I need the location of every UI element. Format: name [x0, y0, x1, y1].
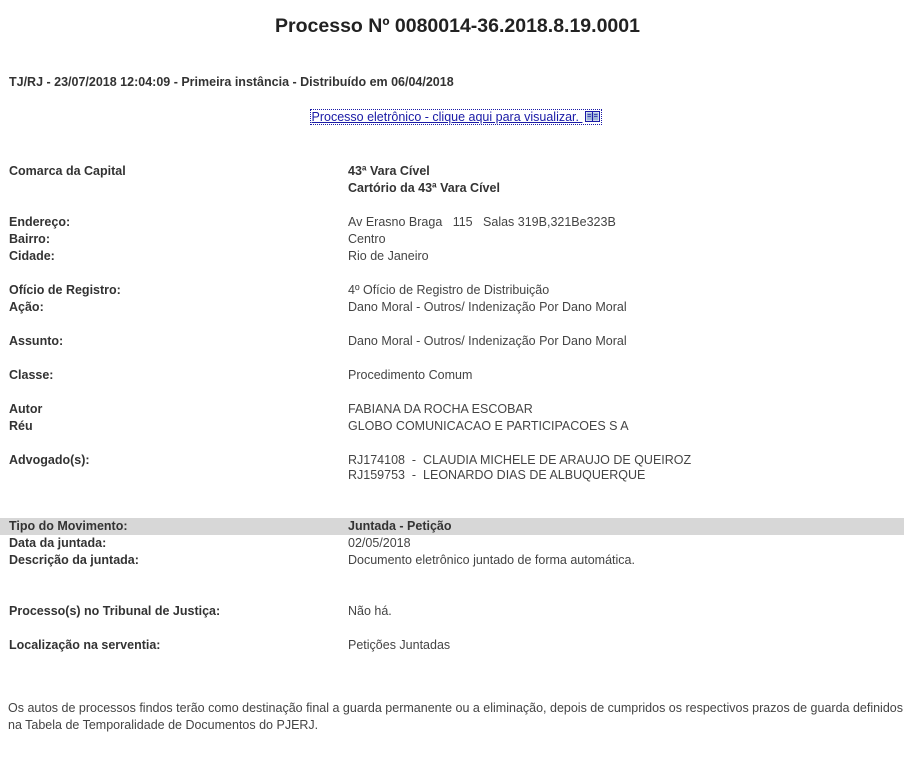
endereco-label: Endereço:	[9, 214, 70, 231]
electronic-process-link[interactable]: Processo eletrônico - clique aqui para v…	[310, 109, 603, 125]
tipo-movimento-row: Tipo do Movimento: Juntada - Petição	[0, 518, 904, 535]
electronic-process-link-text: Processo eletrônico - clique aqui para v…	[312, 110, 580, 124]
autor-label: Autor	[9, 401, 42, 418]
assunto-row: Assunto: Dano Moral - Outros/ Indenizaçã…	[0, 333, 904, 350]
advogados-row-2: RJ159753 - LEONARDO DIAS DE ALBUQUERQUE	[0, 467, 904, 484]
bairro-label: Bairro:	[9, 231, 50, 248]
localizacao-row: Localização na serventia: Petições Junta…	[0, 637, 904, 654]
oficio-row: Ofício de Registro: 4º Ofício de Registr…	[0, 282, 904, 299]
data-juntada-value: 02/05/2018	[348, 535, 411, 552]
reu-label: Réu	[9, 418, 33, 435]
localizacao-label: Localização na serventia:	[9, 637, 160, 654]
oficio-label: Ofício de Registro:	[9, 282, 121, 299]
classe-row: Classe: Procedimento Comum	[0, 367, 904, 384]
cidade-row: Cidade: Rio de Janeiro	[0, 248, 904, 265]
tribunal-label: Processo(s) no Tribunal de Justiça:	[9, 603, 220, 620]
data-juntada-label: Data da juntada:	[9, 535, 106, 552]
cartorio-row: Cartório da 43ª Vara Cível	[0, 180, 904, 197]
tribunal-row: Processo(s) no Tribunal de Justiça: Não …	[0, 603, 904, 620]
classe-label: Classe:	[9, 367, 53, 384]
acao-value: Dano Moral - Outros/ Indenização Por Dan…	[348, 299, 627, 316]
electronic-process-link-container: Processo eletrônico - clique aqui para v…	[0, 109, 912, 125]
cidade-label: Cidade:	[9, 248, 55, 265]
process-subtitle: TJ/RJ - 23/07/2018 12:04:09 - Primeira i…	[9, 75, 454, 89]
cidade-value: Rio de Janeiro	[348, 248, 429, 265]
oficio-value: 4º Ofício de Registro de Distribuição	[348, 282, 549, 299]
reu-value: GLOBO COMUNICACAO E PARTICIPACOES S A	[348, 418, 629, 435]
vara-value: 43ª Vara Cível	[348, 163, 430, 180]
tipo-movimento-value: Juntada - Petição	[348, 518, 452, 535]
retention-notice: Os autos de processos findos terão como …	[8, 700, 906, 734]
page-title: Processo Nº 0080014-36.2018.8.19.0001	[0, 15, 915, 38]
descricao-juntada-row: Descrição da juntada: Documento eletrôni…	[0, 552, 904, 569]
comarca-label: Comarca da Capital	[9, 163, 126, 180]
bairro-value: Centro	[348, 231, 386, 248]
endereco-value: Av Erasno Braga 115 Salas 319B,321Be323B	[348, 214, 616, 231]
tribunal-value: Não há.	[348, 603, 392, 620]
reu-row: Réu GLOBO COMUNICACAO E PARTICIPACOES S …	[0, 418, 904, 435]
descricao-juntada-label: Descrição da juntada:	[9, 552, 139, 569]
autor-value: FABIANA DA ROCHA ESCOBAR	[348, 401, 533, 418]
descricao-juntada-value: Documento eletrônico juntado de forma au…	[348, 552, 635, 569]
classe-value: Procedimento Comum	[348, 367, 472, 384]
open-book-icon	[585, 111, 600, 122]
comarca-row: Comarca da Capital 43ª Vara Cível	[0, 163, 904, 180]
data-juntada-row: Data da juntada: 02/05/2018	[0, 535, 904, 552]
acao-row: Ação: Dano Moral - Outros/ Indenização P…	[0, 299, 904, 316]
autor-row: Autor FABIANA DA ROCHA ESCOBAR	[0, 401, 904, 418]
advogado-value: RJ159753 - LEONARDO DIAS DE ALBUQUERQUE	[348, 467, 645, 484]
tipo-movimento-label: Tipo do Movimento:	[9, 518, 128, 535]
cartorio-value: Cartório da 43ª Vara Cível	[348, 180, 500, 197]
endereco-row: Endereço: Av Erasno Braga 115 Salas 319B…	[0, 214, 904, 231]
bairro-row: Bairro: Centro	[0, 231, 904, 248]
assunto-label: Assunto:	[9, 333, 63, 350]
localizacao-value: Petições Juntadas	[348, 637, 450, 654]
acao-label: Ação:	[9, 299, 44, 316]
assunto-value: Dano Moral - Outros/ Indenização Por Dan…	[348, 333, 627, 350]
